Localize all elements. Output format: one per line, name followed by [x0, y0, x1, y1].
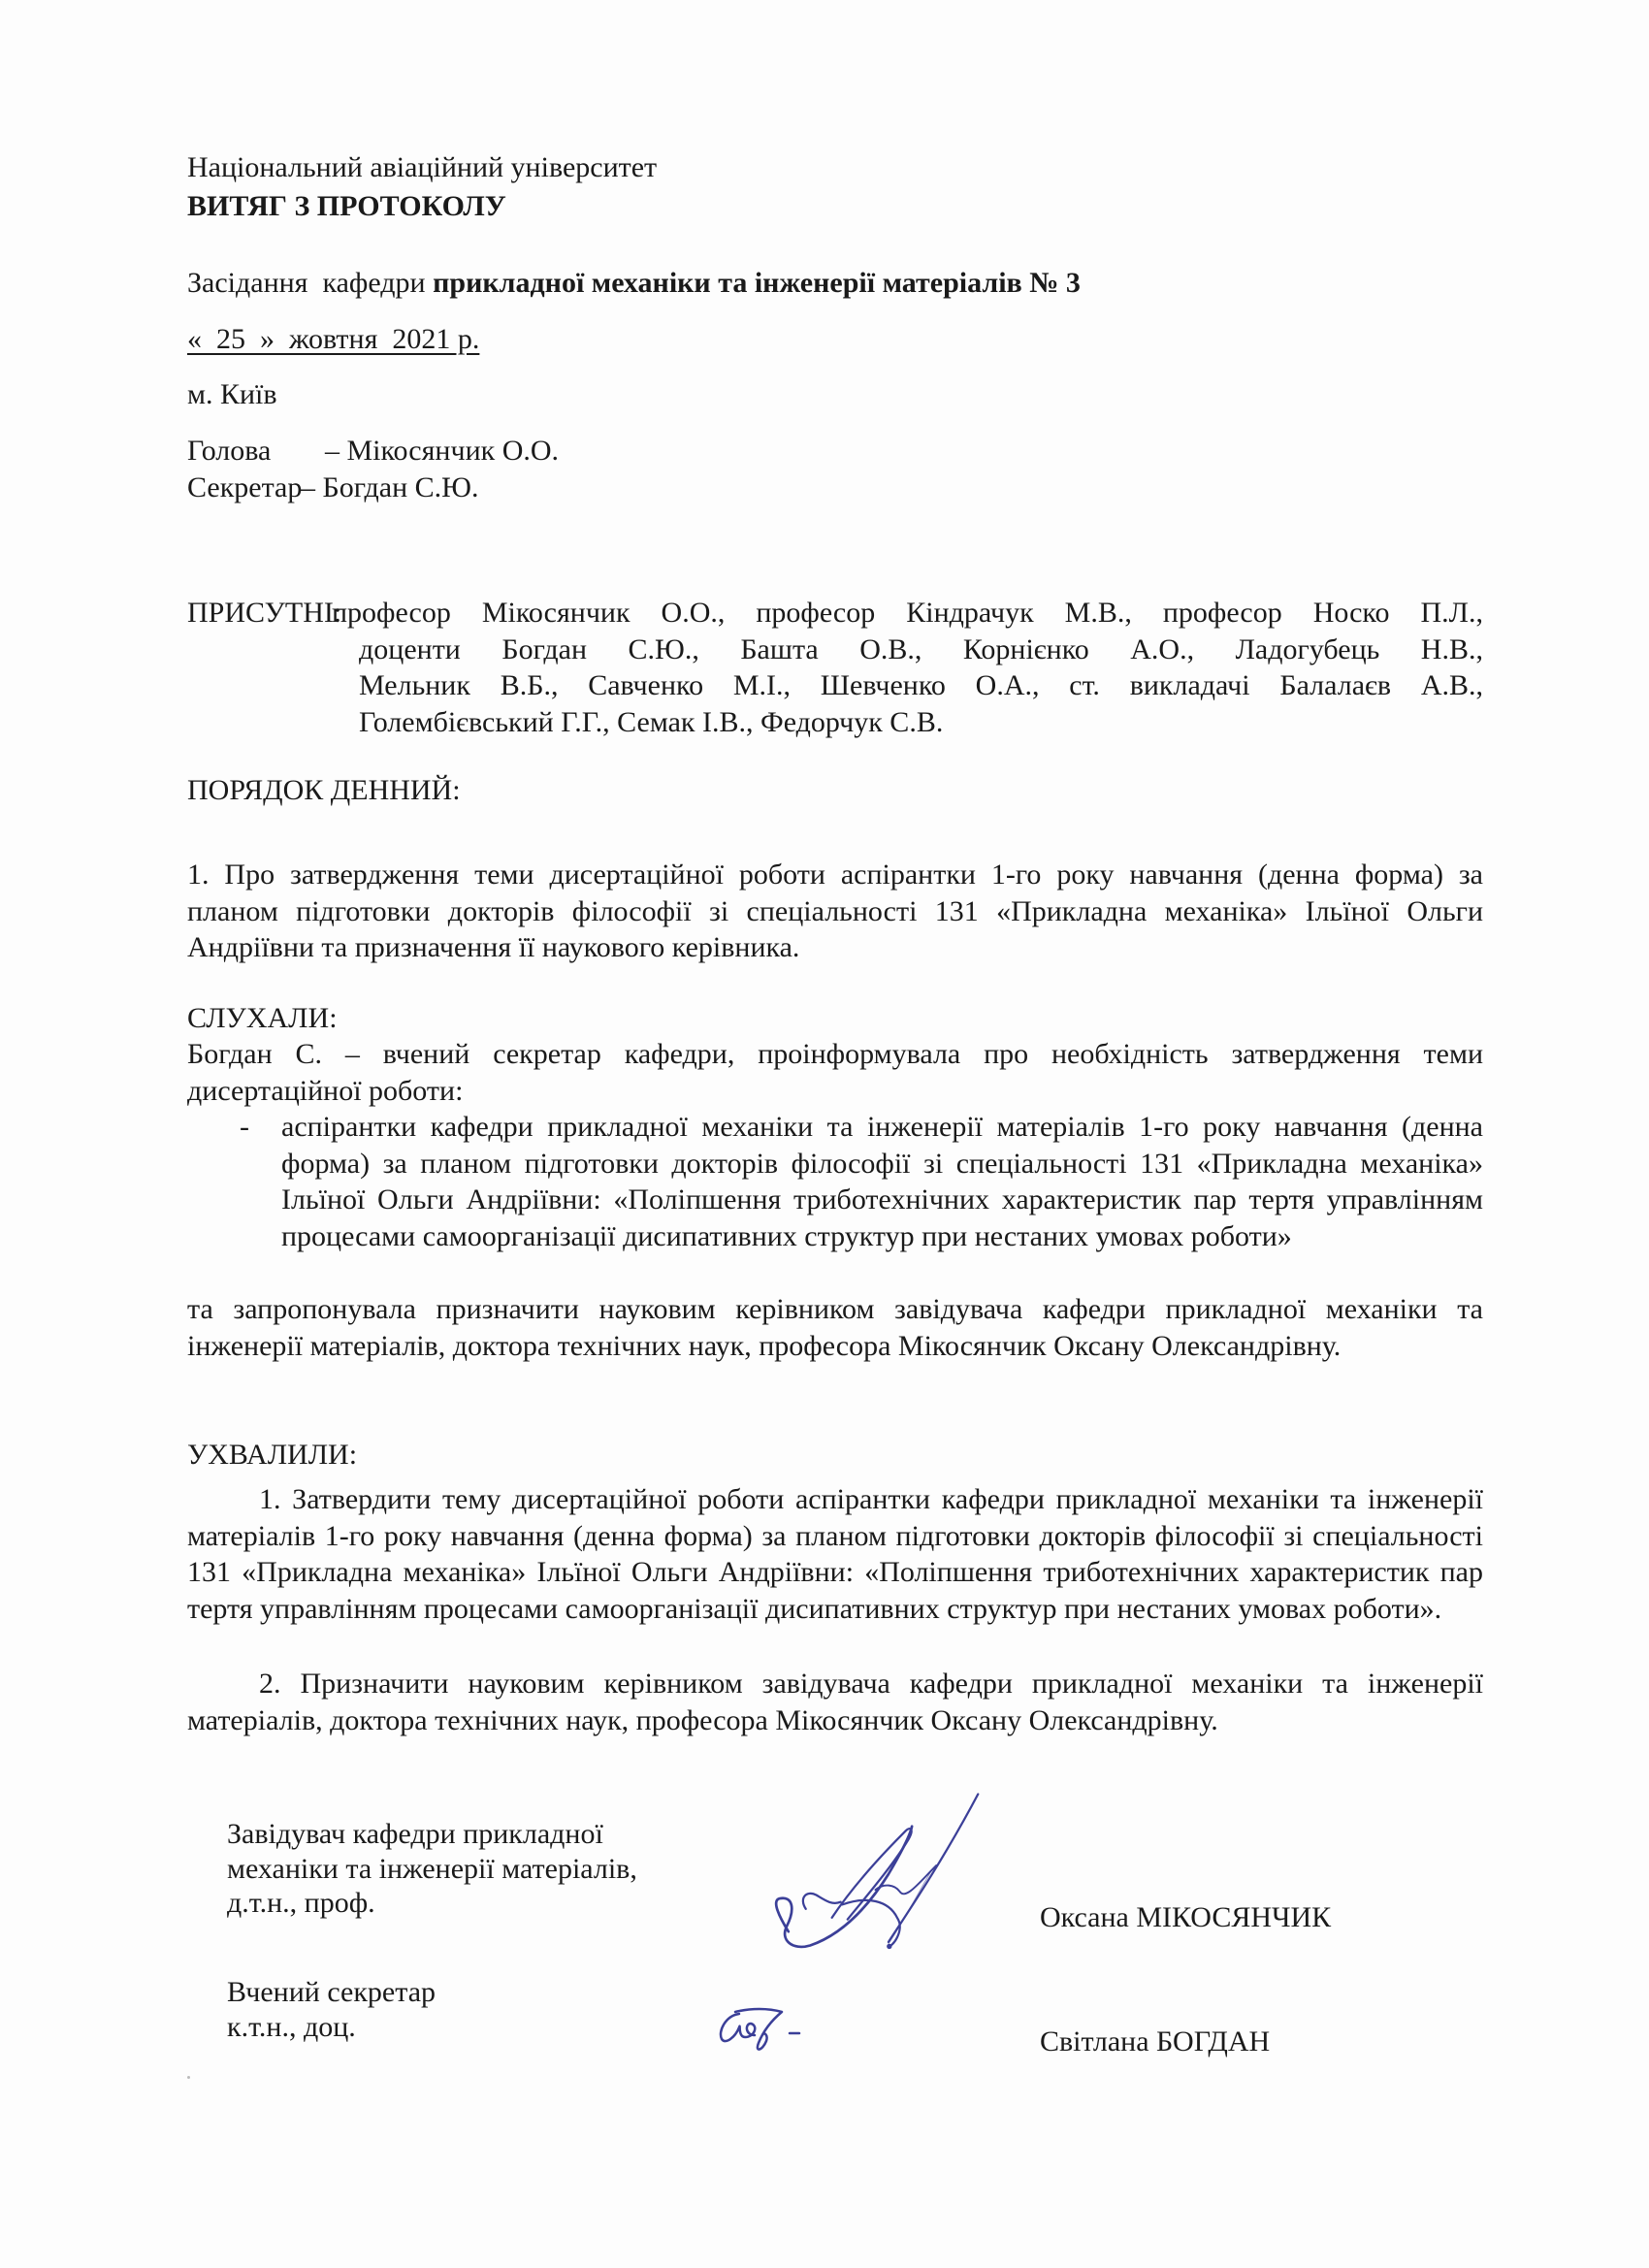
resolved-item-2: 2. Призначити науковим керівником завіду… [187, 1666, 1483, 1738]
head-signature-icon [745, 1777, 997, 1971]
secretary-name: Світлана БОГДАН [1040, 2024, 1270, 2060]
secretary-title: Вчений секретар к.т.н., доц. [227, 1975, 436, 2044]
meeting-date: « 25 » жовтня 2021 р. [187, 321, 479, 358]
heard-heading: СЛУХАЛИ: [187, 1000, 338, 1037]
attendees-line: Голембієвський Г.Г., Семак І.В., Федорчу… [359, 704, 1483, 741]
chair-value: – Мікосянчик О.О. [325, 433, 559, 470]
agenda-heading: ПОРЯДОК ДЕННИЙ: [187, 772, 461, 809]
secretary-value: – Богдан С.Ю. [301, 470, 479, 506]
document-title: ВИТЯГ З ПРОТОКОЛУ [187, 188, 506, 225]
agenda-item: 1. Про затвердження теми дисертаційної р… [187, 857, 1483, 966]
attendees-label: ПРИСУТНІ: [187, 595, 341, 632]
head-name: Оксана МІКОСЯНЧИК [1040, 1899, 1331, 1936]
meeting-line: Засідання кафедри прикладної механіки та… [187, 265, 1081, 302]
city: м. Київ [187, 376, 277, 413]
chair-label: Голова [187, 433, 271, 470]
heard-intro: Богдан С. – вчений секретар кафедри, про… [187, 1036, 1483, 1109]
heard-bullet-item: аспірантки кафедри прикладної механіки т… [281, 1109, 1483, 1254]
resolved-item-1: 1. Затвердити тему дисертаційної роботи … [187, 1481, 1483, 1627]
attendees-line: Мельник В.Б., Савченко М.І., Шевченко О.… [359, 667, 1483, 704]
heard-proposal: та запропонувала призначити науковим кер… [187, 1291, 1483, 1364]
secretary-label: Секретар [187, 470, 302, 506]
head-title-line: д.т.н., проф. [227, 1886, 637, 1921]
meeting-department: прикладної механіки та інженерії матеріа… [433, 267, 1081, 299]
scan-artifact [187, 2076, 190, 2079]
bullet-marker: - [240, 1109, 249, 1146]
secretary-title-line: к.т.н., доц. [227, 2010, 436, 2045]
attendees-line: професор Мікосянчик О.О., професор Кіндр… [332, 595, 1483, 632]
resolved-heading: УХВАЛИЛИ: [187, 1437, 357, 1474]
head-title-line: механіки та інженерії матеріалів, [227, 1852, 637, 1887]
head-title: Завідувач кафедри прикладної механіки та… [227, 1817, 637, 1921]
head-title-line: Завідувач кафедри прикладної [227, 1817, 637, 1852]
attendees-line: доценти Богдан С.Ю., Башта О.В., Корнієн… [359, 632, 1483, 668]
meeting-prefix: Засідання кафедри [187, 267, 433, 299]
secretary-signature-icon [712, 2002, 809, 2058]
institution-name: Національний авіаційний університет [187, 149, 657, 186]
secretary-title-line: Вчений секретар [227, 1975, 436, 2010]
